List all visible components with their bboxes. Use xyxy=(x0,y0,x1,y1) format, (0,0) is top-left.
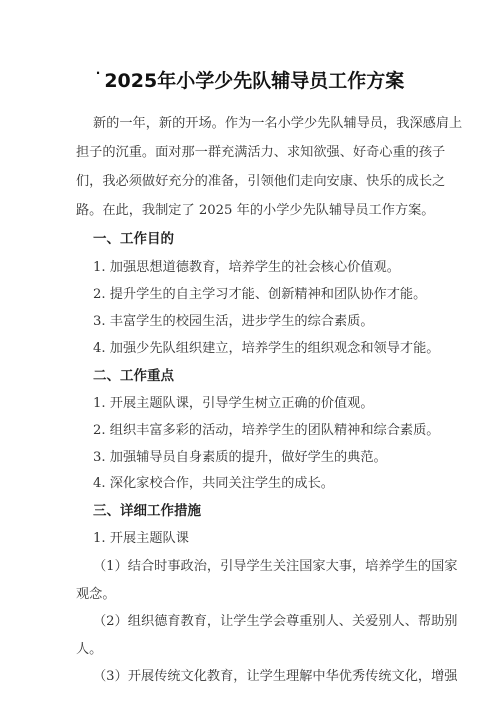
section-heading-measures: 三、详细工作措施 xyxy=(93,499,201,519)
measure-line-1: （1）结合时事政治，引导学生关注国家大事，培养学生的国家 xyxy=(93,555,425,574)
focus-item-3: 3. 加强辅导员自身素质的提升，做好学生的典范。 xyxy=(93,446,387,465)
document-page: ·2025年小学少先队辅导员工作方案 新的一年，新的开场。作为一名小学少先队辅导… xyxy=(0,0,500,707)
focus-item-1: 1. 开展主题队课，引导学生树立正确的价值观。 xyxy=(93,392,374,411)
measure-line-5: （3）开展传统文化教育，让学生理解中华优秀传统文化，增强 xyxy=(93,665,425,684)
section-heading-focus: 二、工作重点 xyxy=(93,364,174,384)
section-heading-goals: 一、工作目的 xyxy=(93,227,174,247)
title-text: 2025年小学少先队辅导员工作方案 xyxy=(104,70,404,92)
focus-item-4: 4. 深化家校合作，共同关注学生的成长。 xyxy=(93,472,334,491)
intro-line-2: 担子的沉重。面对那一群充满活力、求知欲强、好奇心重的孩子 xyxy=(76,141,426,160)
focus-item-2: 2. 组织丰富多彩的活动，培养学生的团队精神和综合素质。 xyxy=(93,419,439,438)
measure-line-3: （2）组织德育教育，让学生学会尊重别人、关爱别人、帮助别 xyxy=(93,610,425,629)
measure-line-4: 人。 xyxy=(76,638,102,657)
intro-line-4: 路。在此，我制定了 2025 年的小学少先队辅导员工作方案。 xyxy=(76,199,434,218)
measure-line-2: 观念。 xyxy=(76,583,116,602)
document-title: ·2025年小学少先队辅导员工作方案 xyxy=(0,66,500,93)
intro-line-3: 们，我必须做好充分的准备，引领他们走向安康、快乐的成长之 xyxy=(76,170,426,189)
measure-subheading-1: 1. 开展主题队课 xyxy=(93,527,189,546)
goal-item-3: 3. 丰富学生的校园生活，进步学生的综合素质。 xyxy=(93,310,374,329)
title-marker: · xyxy=(96,66,101,80)
goal-item-1: 1. 加强思想道德教育，培养学生的社会核心价值观。 xyxy=(93,256,400,275)
goal-item-2: 2. 提升学生的自主学习才能、创新精神和团队协作才能。 xyxy=(93,283,426,302)
goal-item-4: 4. 加强少先队组织建立，培养学生的组织观念和领导才能。 xyxy=(93,337,439,356)
intro-line-1: 新的一年，新的开场。作为一名小学少先队辅导员，我深感肩上 xyxy=(93,112,425,131)
